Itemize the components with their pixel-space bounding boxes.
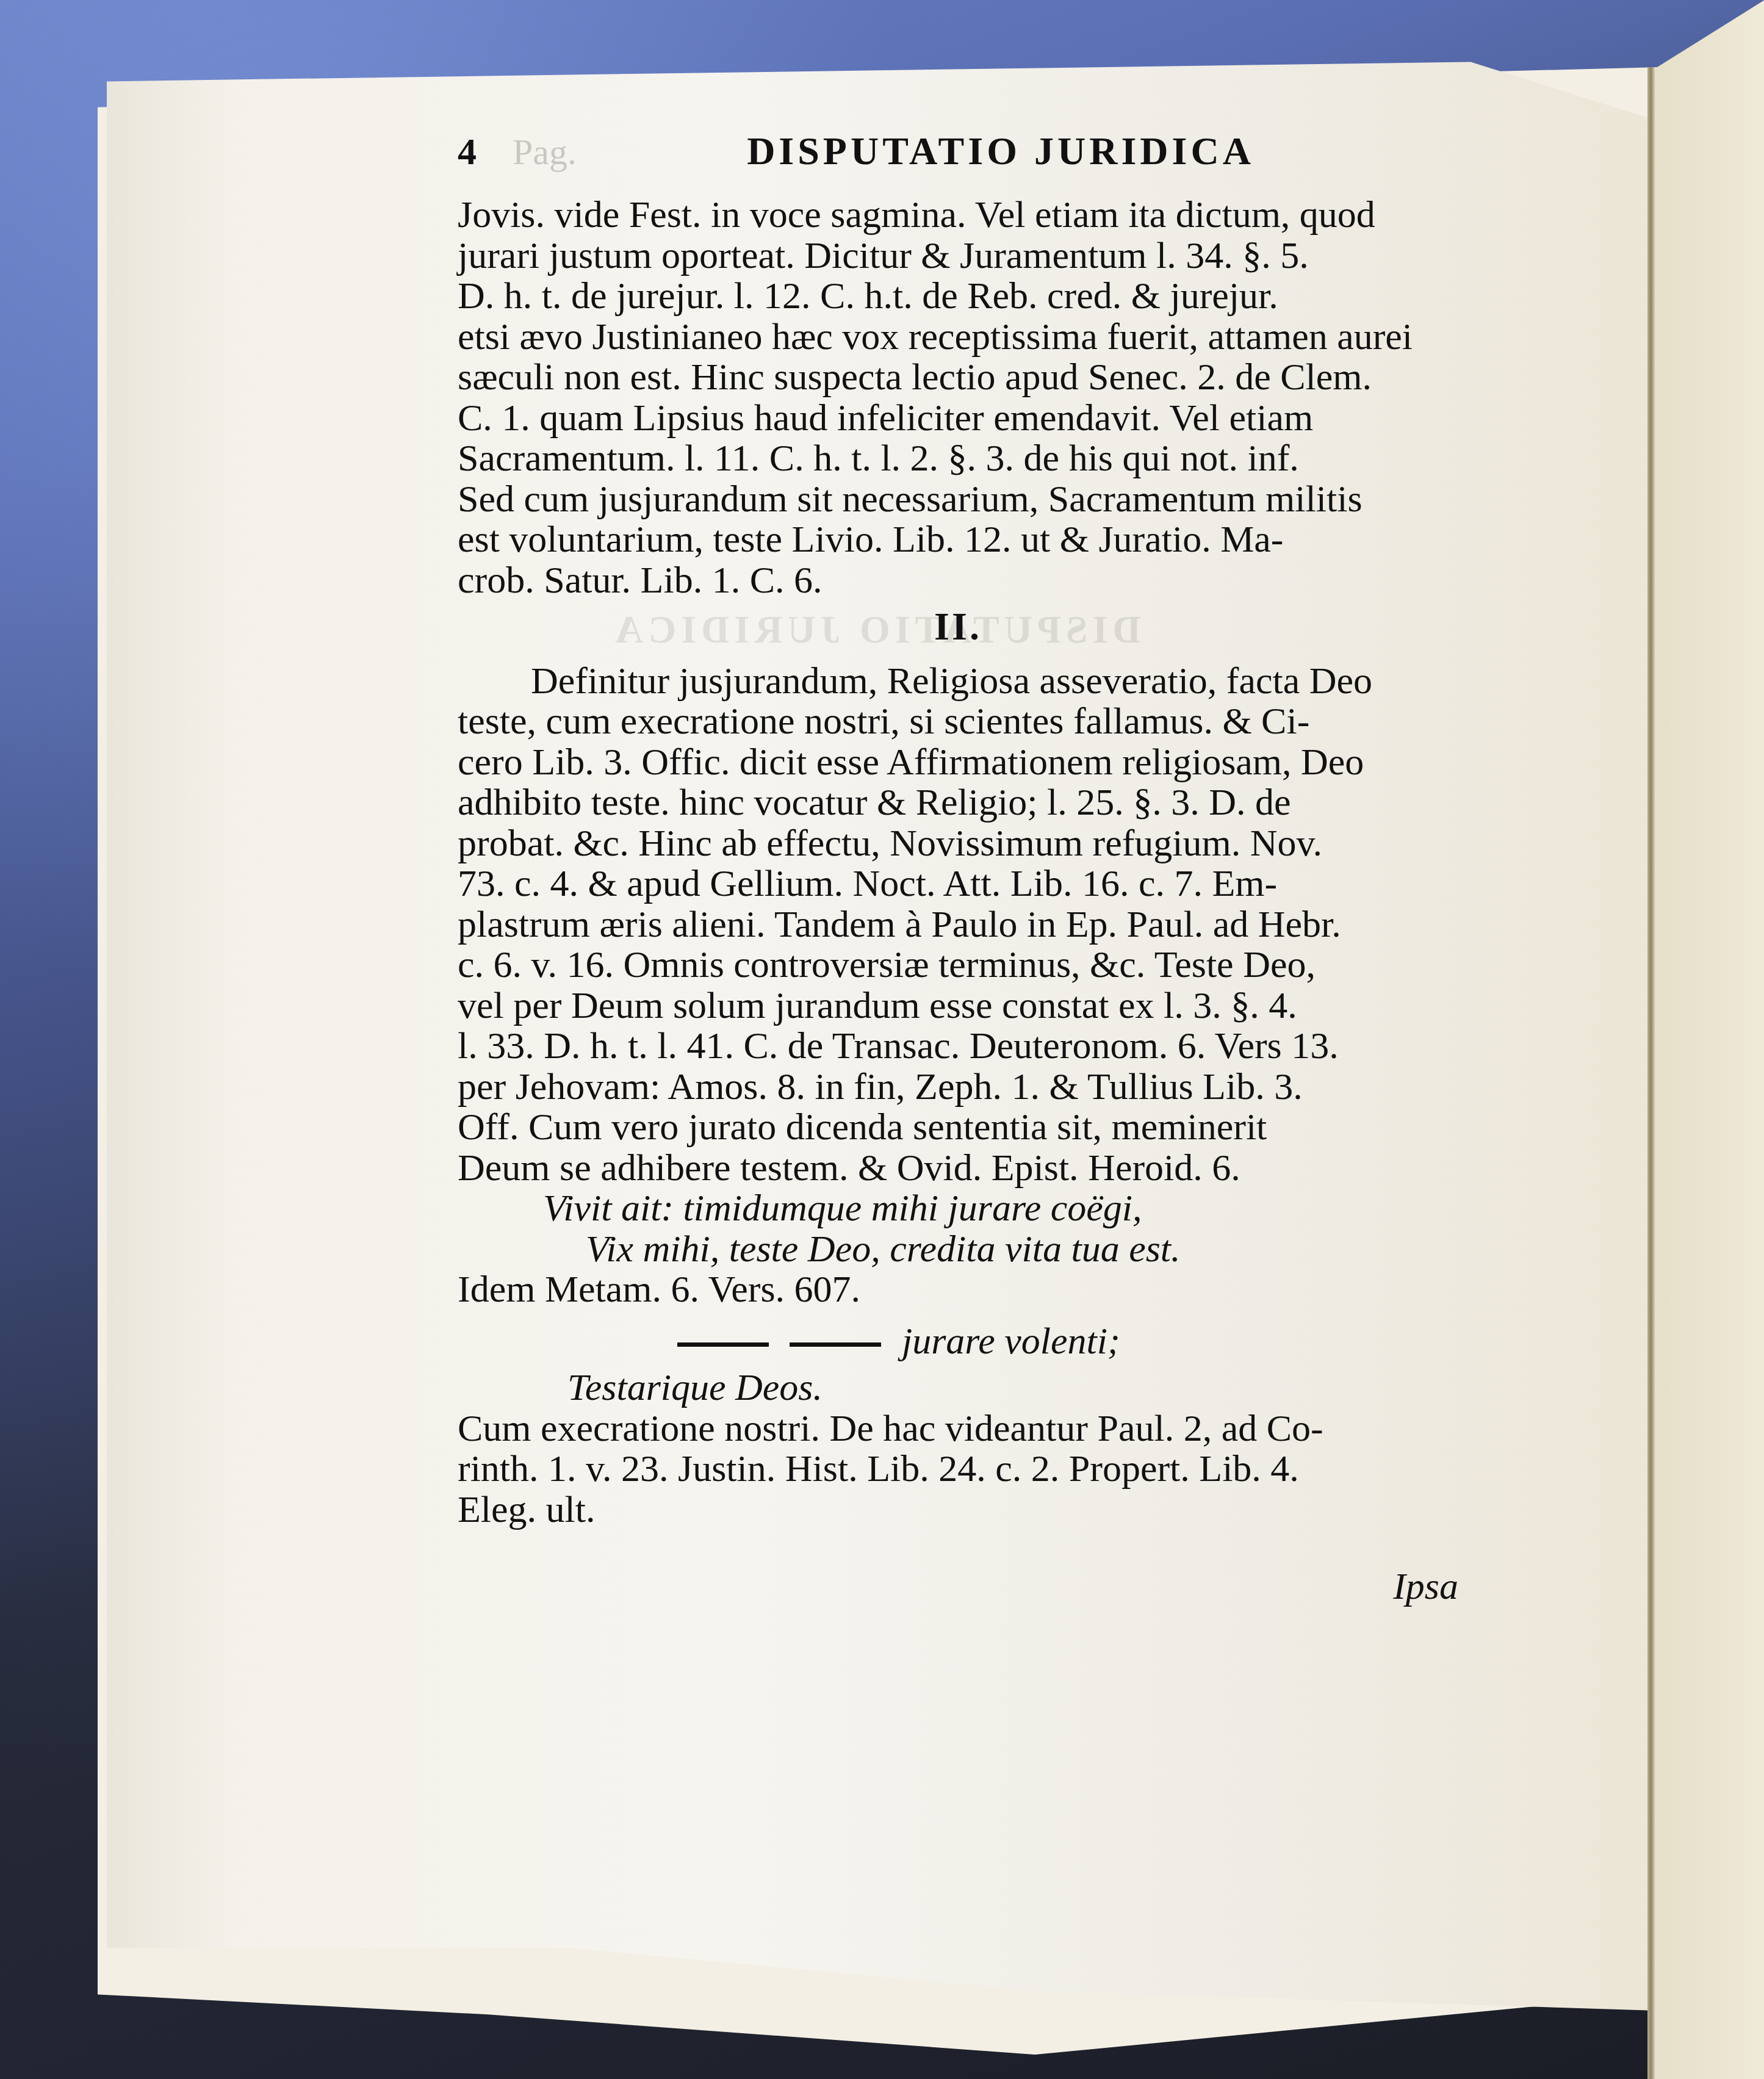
section-2-paragraph: Definitur jusjurandum, Religiosa assever…: [458, 661, 1458, 1189]
text-line: est voluntarium, teste Livio. Lib. 12. u…: [458, 519, 1458, 560]
page-number: 4: [458, 132, 513, 173]
text-line: C. 1. quam Lipsius haud infeliciter emen…: [458, 398, 1458, 439]
text-line: Off. Cum vero jurato dicenda sententia s…: [458, 1107, 1458, 1148]
verse-fragment: jurare volenti;: [902, 1321, 1120, 1362]
catchword: Ipsa: [458, 1566, 1458, 1607]
closing-paragraph: Cum execratione nostri. De hac videantur…: [458, 1408, 1458, 1530]
text-line: l. 33. D. h. t. l. 41. C. de Transac. De…: [458, 1026, 1458, 1067]
text-line: etsi ævo Justinianeo hæc vox receptissim…: [458, 317, 1458, 358]
citation-line: Idem Metam. 6. Vers. 607.: [458, 1269, 1458, 1310]
text-line: crob. Satur. Lib. 1. C. 6.: [458, 560, 1458, 601]
rule-dash: [677, 1342, 769, 1347]
text-line: teste, cum execratione nostri, si scient…: [458, 701, 1458, 742]
text-line: 73. c. 4. & apud Gellium. Noct. Att. Lib…: [458, 863, 1458, 904]
section-number: II.: [458, 607, 1458, 647]
text-line: per Jehovam: Amos. 8. in fin, Zeph. 1. &…: [458, 1067, 1458, 1108]
text-line: Jovis. vide Fest. in voce sagmina. Vel e…: [458, 195, 1458, 236]
text-line: sæculi non est. Hinc suspecta lectio apu…: [458, 357, 1458, 398]
text-line: D. h. t. de jurejur. l. 12. C. h.t. de R…: [458, 276, 1458, 317]
verse-line: Vix mihi, teste Deo, credita vita tua es…: [458, 1229, 1458, 1270]
text-line: jurari justum oporteat. Dicitur & Jurame…: [458, 236, 1458, 276]
text-line: vel per Deum solum jurandum esse constat…: [458, 985, 1458, 1026]
text-line: Definitur jusjurandum, Religiosa assever…: [458, 661, 1458, 702]
page-header: 4 Pag. DISPUTATIO JURIDICA: [458, 131, 1458, 186]
text-line: Eleg. ult.: [458, 1490, 1458, 1530]
text-line: Cum execratione nostri. De hac videantur…: [458, 1408, 1458, 1449]
text-line: cero Lib. 3. Offic. dicit esse Affirmati…: [458, 742, 1458, 783]
page-text: 4 Pag. DISPUTATIO JURIDICA Jovis. vide F…: [458, 131, 1458, 1607]
text-line: plastrum æris alieni. Tandem à Paulo in …: [458, 904, 1458, 945]
facing-page-edge: [1655, 0, 1764, 2079]
text-line: c. 6. v. 16. Omnis controversiæ terminus…: [458, 945, 1458, 985]
verse-dash-line: jurare volenti;: [458, 1321, 1458, 1362]
rule-dash: [790, 1342, 881, 1347]
verse-line: Vivit ait: timidumque mihi jurare coëgi,: [458, 1188, 1458, 1229]
text-line: probat. &c. Hinc ab effectu, Novissimum …: [458, 823, 1458, 864]
text-line: adhibito teste. hinc vocatur & Religio; …: [458, 782, 1458, 823]
bleed-through-text: Pag.: [513, 132, 592, 173]
text-line: Sacramentum. l. 11. C. h. t. l. 2. §. 3.…: [458, 438, 1458, 479]
book-gutter: [1647, 67, 1655, 2079]
text-line: Sed cum jusjurandum sit necessarium, Sac…: [458, 479, 1458, 520]
verse-line: Testarique Deos.: [458, 1367, 1458, 1408]
section-1-paragraph: Jovis. vide Fest. in voce sagmina. Vel e…: [458, 195, 1458, 600]
running-title: DISPUTATIO JURIDICA: [592, 131, 1458, 172]
text-line: Deum se adhibere testem. & Ovid. Epist. …: [458, 1148, 1458, 1189]
text-line: rinth. 1. v. 23. Justin. Hist. Lib. 24. …: [458, 1449, 1458, 1490]
